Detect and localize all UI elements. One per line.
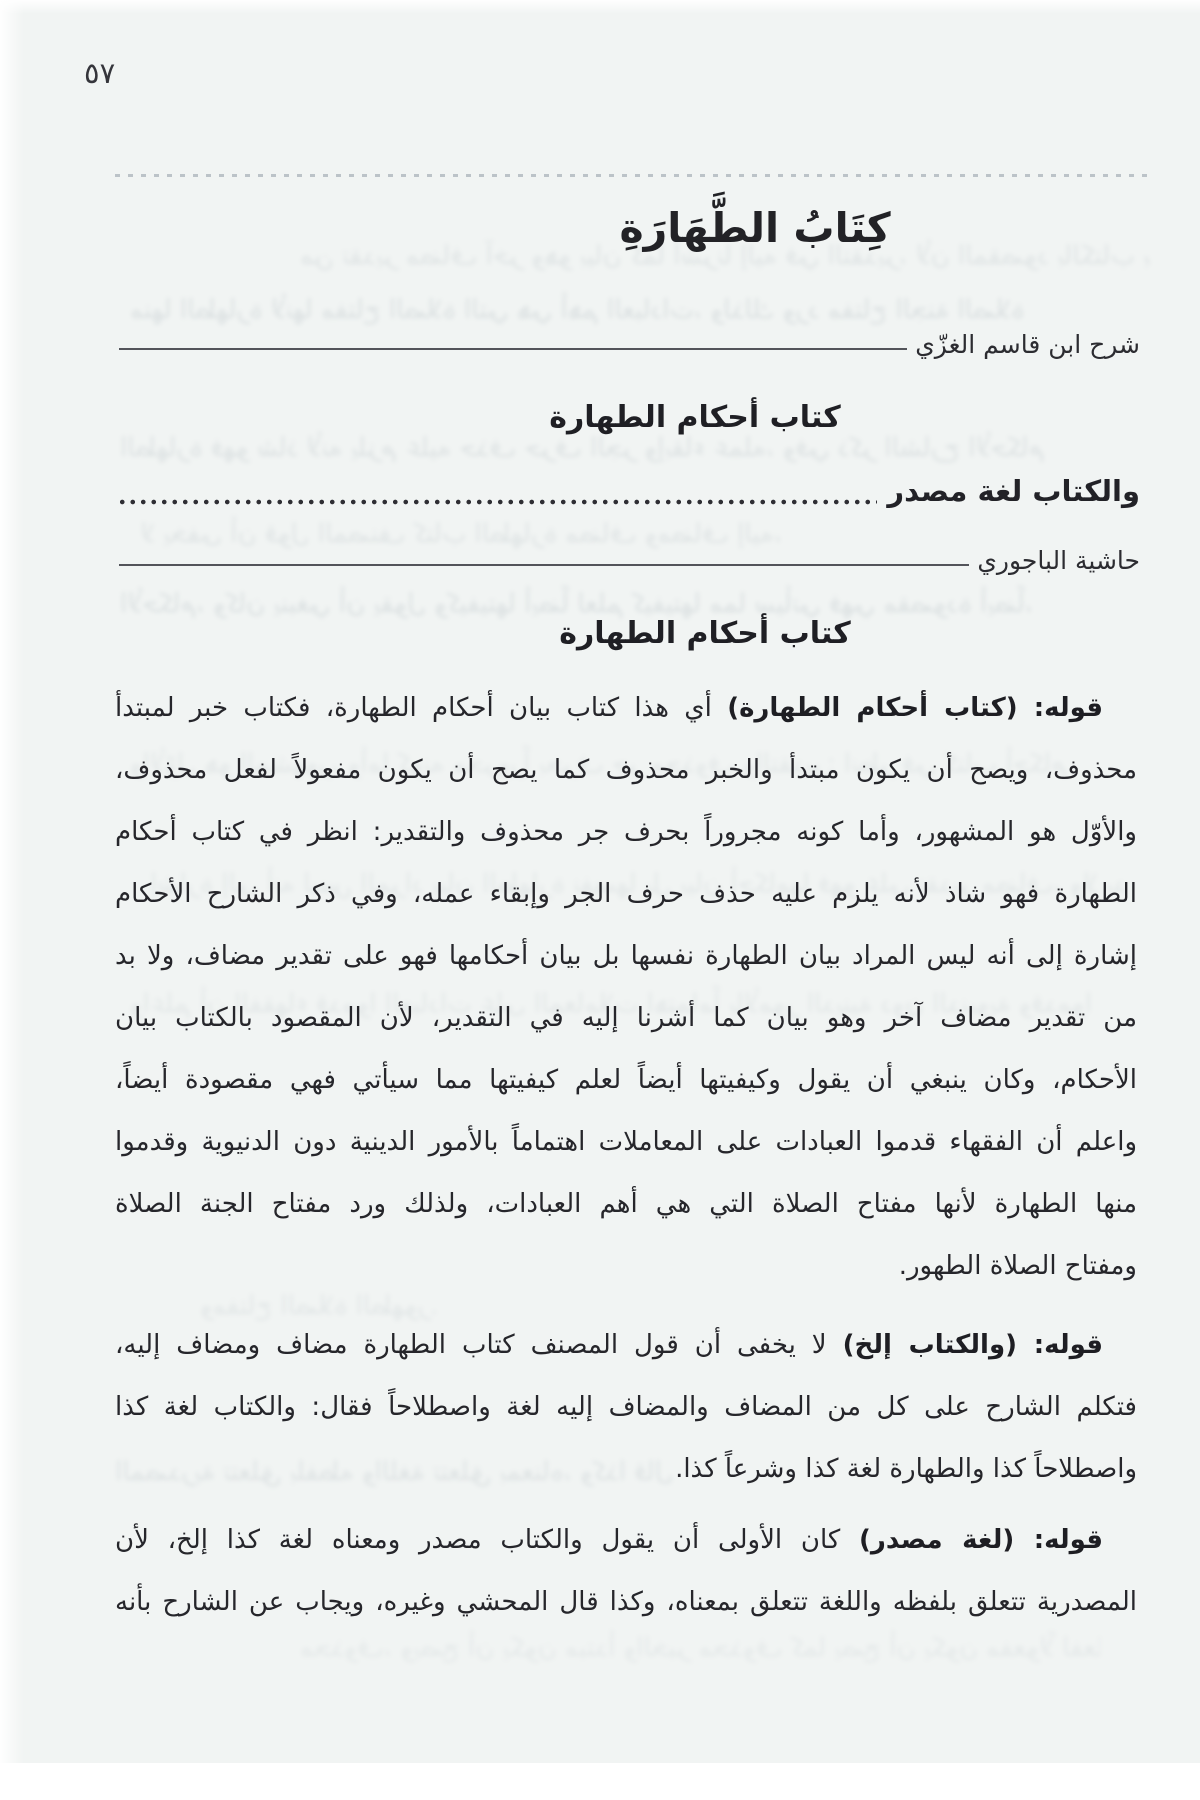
scanned-book-page: { "page": { "number": "٥٧", "paper_color… [0,0,1200,1800]
paragraph-1: قوله: (كتاب أحكام الطهارة) أي هذا كتاب ب… [115,677,1137,1297]
matn-heading: كتاب أحكام الطهارة [395,396,995,440]
dot-leader [117,468,877,514]
scan-edge-left [0,0,24,1800]
bleedthrough-text: محذوف، ويصح أن يكون مبتدأ والخبر محذوف ك… [300,1628,1100,1668]
sharh-rule [119,348,907,350]
paragraph-text: لا يخفى أن قول المصنف كتاب الطهارة مضاف … [115,1330,843,1360]
paragraph-text: أي هذا كتاب بيان أحكام الطهارة، فكتاب خب… [115,693,727,723]
paragraph-2: قوله: (والكتاب إلخ) لا يخفى أن قول المصن… [115,1314,1137,1500]
hashiya-rule [119,564,969,566]
paragraph-lead: قوله: (والكتاب إلخ) [843,1330,1103,1360]
text-line: المصدرية تتعلق بلفظه واللغة تتعلق بمعناه… [115,1571,1137,1633]
text-line: ومفتاح الصلاة الطهور. [115,1235,1137,1297]
hashiya-heading: كتاب أحكام الطهارة [405,612,1005,656]
sharh-section-row: شرح ابن قاسم الغزّي [115,324,1140,364]
matn-partial-line-row: والكتاب لغة مصدر [115,468,1140,514]
matn-partial-text: والكتاب لغة مصدر [887,468,1140,514]
text-line: محذوف، ويصح أن يكون مبتدأ والخبر محذوف ك… [115,739,1137,801]
text-line: قوله: (لغة مصدر) كان الأولى أن يقول والك… [115,1509,1137,1571]
text-line: قوله: (كتاب أحكام الطهارة) أي هذا كتاب ب… [115,677,1137,739]
text-line: الطهارة فهو شاذ لأنه يلزم عليه حذف حرف ا… [115,863,1137,925]
paragraph-text: كان الأولى أن يقول والكتاب مصدر ومعناه ل… [115,1525,859,1555]
dotted-divider [115,174,1147,177]
book-title: كِتَابُ الطَّهَارَةِ [455,186,1055,270]
paragraph-3: قوله: (لغة مصدر) كان الأولى أن يقول والك… [115,1509,1137,1633]
hashiya-section-row: حاشية الباجوري [115,540,1140,580]
scan-edge-top [0,0,1200,14]
sharh-label: شرح ابن قاسم الغزّي [915,330,1140,359]
text-line: الأحكام، وكان ينبغي أن يقول وكيفيتها أيض… [115,1049,1137,1111]
paragraph-lead: قوله: (لغة مصدر) [859,1525,1103,1555]
text-line: قوله: (والكتاب إلخ) لا يخفى أن قول المصن… [115,1314,1137,1376]
text-line: واصطلاحاً كذا والطهارة لغة كذا وشرعاً كذ… [115,1438,1137,1500]
hashiya-label: حاشية الباجوري [977,546,1140,575]
scan-edge-bottom [0,1763,1200,1800]
text-line: والأوّل هو المشهور، وأما كونه مجروراً بح… [115,801,1137,863]
text-line: من تقدير مضاف آخر وهو بيان كما أشرنا إلي… [115,987,1137,1049]
text-line: إشارة إلى أنه ليس المراد بيان الطهارة نف… [115,925,1137,987]
paragraph-lead: قوله: (كتاب أحكام الطهارة) [727,693,1103,723]
page-number: ٥٧ [84,56,115,90]
text-line: منها الطهارة لأنها مفتاح الصلاة التي هي … [115,1173,1137,1235]
text-line: فتكلم الشارح على كل من المضاف والمضاف إل… [115,1376,1137,1438]
text-line: واعلم أن الفقهاء قدموا العبادات على المع… [115,1111,1137,1173]
